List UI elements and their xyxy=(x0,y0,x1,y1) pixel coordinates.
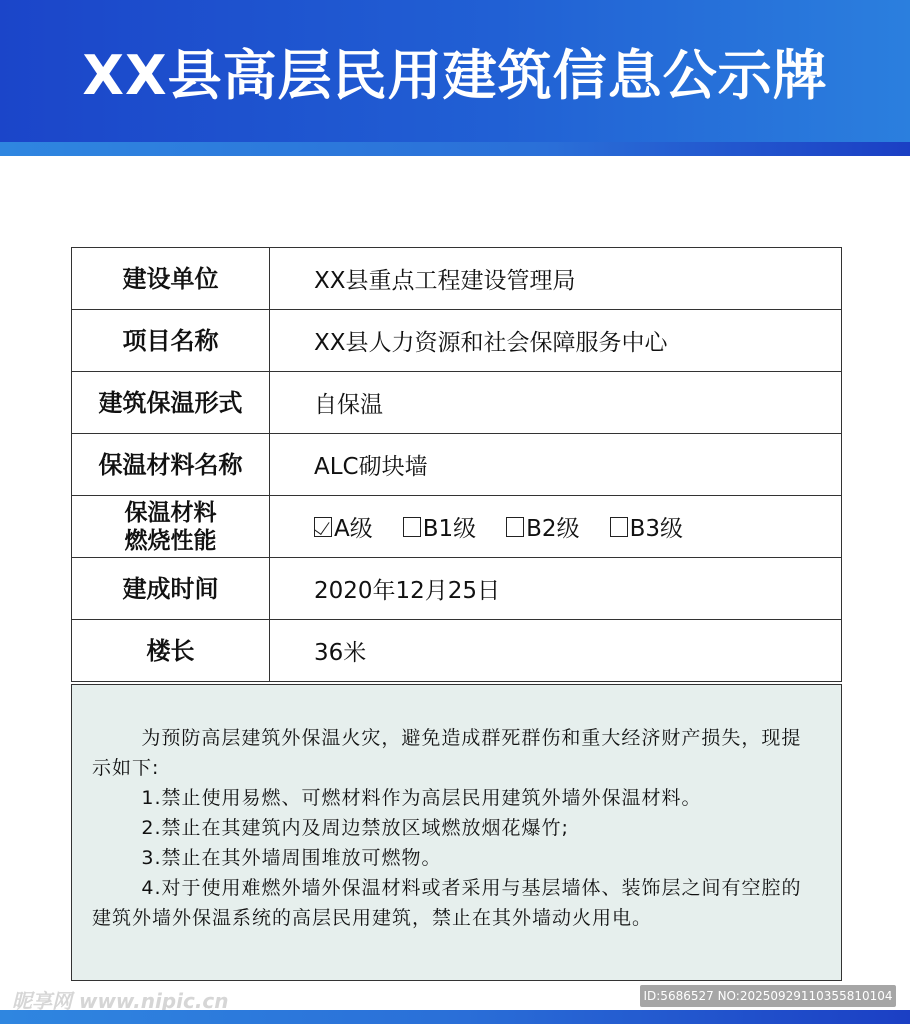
notice-panel: 为预防高层建筑外保温火灾，避免造成群死群伤和重大经济财产损失，现提示如下: 1.… xyxy=(71,684,842,981)
rating-options: A级 B1级 B2级 B3级 xyxy=(270,496,841,557)
notice-intro: 为预防高层建筑外保温火灾，避免造成群死群伤和重大经济财产损失，现提示如下: xyxy=(92,723,811,783)
checkbox-icon[interactable] xyxy=(506,517,524,537)
option-label: A级 xyxy=(334,510,373,543)
table-row-insulation-form: 建筑保温形式 自保温 xyxy=(72,372,841,434)
row-value: 36米 xyxy=(270,620,841,681)
row-value: ALC砌块墙 xyxy=(270,434,841,495)
row-label: 保温材料名称 xyxy=(72,434,270,495)
row-value: XX县人力资源和社会保障服务中心 xyxy=(270,310,841,371)
watermark-id: ID:5686527 NO:20250929110355810104 xyxy=(640,985,896,1007)
notice-item-1: 1.禁止使用易燃、可燃材料作为高层民用建筑外墙外保温材料。 xyxy=(92,783,811,813)
option-label: B1级 xyxy=(423,510,476,543)
option-b2[interactable]: B2级 xyxy=(506,510,579,543)
page-title: XX县高层民用建筑信息公示牌 xyxy=(0,0,910,142)
table-row-insulation-material: 保温材料名称 ALC砌块墙 xyxy=(72,434,841,496)
row-label-line2: 燃烧性能 xyxy=(125,527,217,555)
row-value: 自保温 xyxy=(270,372,841,433)
table-row-construction-unit: 建设单位 XX县重点工程建设管理局 xyxy=(72,248,841,310)
option-b1[interactable]: B1级 xyxy=(403,510,476,543)
row-label: 建筑保温形式 xyxy=(72,372,270,433)
option-label: B2级 xyxy=(526,510,579,543)
header-stripe xyxy=(0,142,910,156)
option-b3[interactable]: B3级 xyxy=(610,510,683,543)
checkbox-checked-icon[interactable] xyxy=(314,517,332,537)
row-value: XX县重点工程建设管理局 xyxy=(270,248,841,309)
row-label: 楼长 xyxy=(72,620,270,681)
notice-item-4: 4.对于使用难燃外墙外保温材料或者采用与基层墙体、装饰层之间有空腔的建筑外墙外保… xyxy=(92,873,811,933)
option-label: B3级 xyxy=(630,510,683,543)
checkbox-icon[interactable] xyxy=(403,517,421,537)
notice-item-2: 2.禁止在其建筑内及周边禁放区域燃放烟花爆竹; xyxy=(92,813,811,843)
row-label: 项目名称 xyxy=(72,310,270,371)
table-row-completion-date: 建成时间 2020年12月25日 xyxy=(72,558,841,620)
notice-item-3: 3.禁止在其外墙周围堆放可燃物。 xyxy=(92,843,811,873)
footer-stripe xyxy=(0,1010,910,1024)
checkbox-icon[interactable] xyxy=(610,517,628,537)
row-label-line1: 保温材料 xyxy=(125,499,217,527)
row-label: 保温材料 燃烧性能 xyxy=(72,496,270,557)
option-a[interactable]: A级 xyxy=(314,510,373,543)
row-value: 2020年12月25日 xyxy=(270,558,841,619)
row-label: 建成时间 xyxy=(72,558,270,619)
table-row-combustion-rating: 保温材料 燃烧性能 A级 B1级 B2级 B3级 xyxy=(72,496,841,558)
info-table: 建设单位 XX县重点工程建设管理局 项目名称 XX县人力资源和社会保障服务中心 … xyxy=(71,247,842,682)
row-label: 建设单位 xyxy=(72,248,270,309)
table-row-building-height: 楼长 36米 xyxy=(72,620,841,682)
table-row-project-name: 项目名称 XX县人力资源和社会保障服务中心 xyxy=(72,310,841,372)
